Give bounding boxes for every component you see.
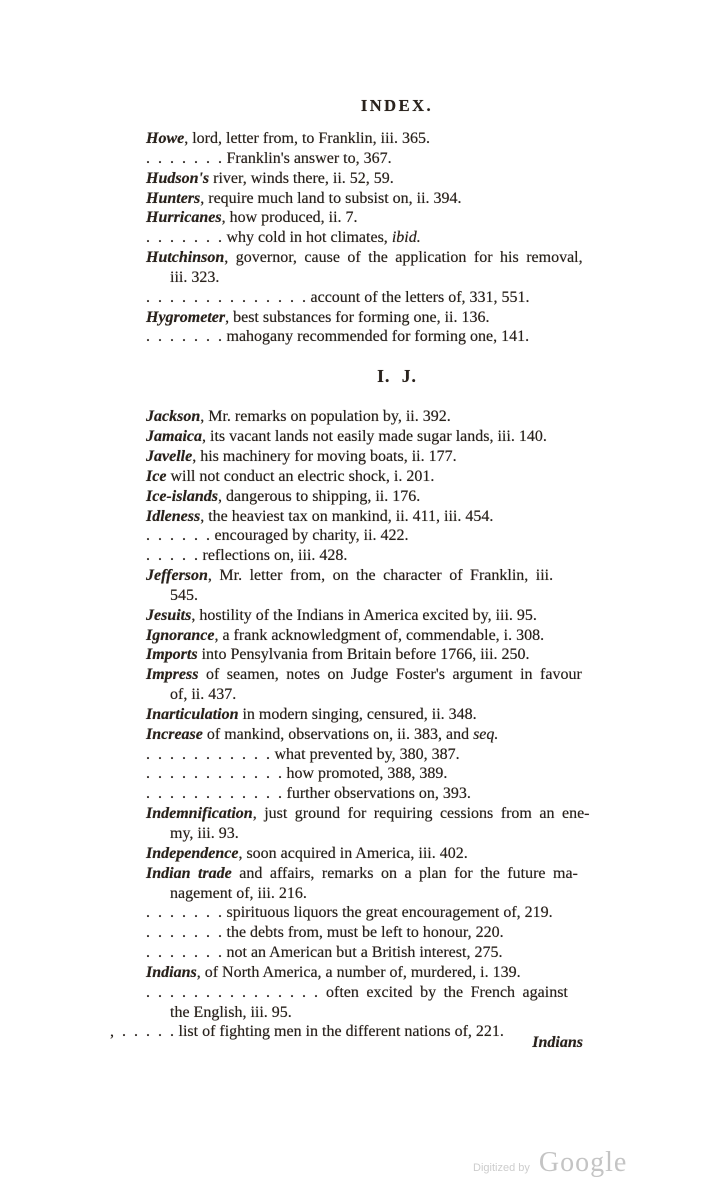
index-text: not an American but a British interest, … (223, 944, 503, 961)
index-headword: Jesuits (146, 607, 191, 624)
index-text: , his machinery for moving boats, ii. 17… (192, 448, 456, 465)
index-line: . . . . . . . mahogany recommended for f… (146, 327, 648, 347)
index-headword: Hurricanes (146, 209, 222, 226)
index-headword: Indian trade (146, 865, 232, 882)
index-line: nagement of, iii. 216. (146, 884, 648, 904)
index-text: nagement of, iii. 216. (170, 885, 307, 902)
index-headword: Impress (146, 666, 198, 683)
index-line: Indians, of North America, a number of, … (146, 963, 648, 983)
index-text: of mankind, observations on, ii. 383, an… (203, 726, 473, 743)
index-text: why cold in hot climates, (223, 229, 392, 246)
index-line: Ignorance, a frank acknowledgment of, co… (146, 626, 648, 646)
index-line: . . . . . . . why cold in hot climates, … (146, 228, 648, 248)
index-line: Jefferson, Mr. letter from, on the chara… (146, 566, 648, 586)
index-text: list of fighting men in the different na… (175, 1023, 504, 1040)
index-sections: Howe, lord, letter from, to Franklin, ii… (146, 129, 648, 1042)
index-line: Independence, soon acquired in America, … (146, 844, 648, 864)
google-logo: Google (539, 1148, 627, 1178)
index-line: . . . . . . . Franklin's answer to, 367. (146, 149, 648, 169)
index-headword: Howe (146, 130, 184, 147)
index-line: of, ii. 437. (146, 685, 648, 705)
index-line: Jesuits, hostility of the Indians in Ame… (146, 606, 648, 626)
index-text: my, iii. 93. (170, 825, 239, 842)
index-text: of seamen, notes on Judge Foster's argum… (198, 666, 581, 683)
index-text: , of North America, a number of, murdere… (197, 964, 521, 981)
index-text: , how produced, ii. 7. (222, 209, 358, 226)
catchword: Indians (532, 1034, 583, 1052)
index-line: . . . . . . . . . . . . . . account of t… (146, 288, 648, 308)
leader-dots: . . . . . . . (146, 150, 223, 167)
index-latin-ref: ibid. (392, 229, 421, 246)
watermark-prefix-label: Digitized by (473, 1162, 530, 1174)
index-text: mahogany recommended for forming one, 14… (223, 328, 530, 345)
index-text: further observations on, 393. (283, 785, 471, 802)
index-line: Ice-islands, dangerous to shipping, ii. … (146, 487, 648, 507)
index-line: Howe, lord, letter from, to Franklin, ii… (146, 129, 648, 149)
index-line: Hygrometer, best substances for forming … (146, 308, 648, 328)
index-line: Increase of mankind, observations on, ii… (146, 725, 648, 745)
index-headword: Hygrometer (146, 309, 225, 326)
index-headword: Inarticulation (146, 706, 238, 723)
index-text: , a frank acknowledgment of, commendable… (214, 627, 544, 644)
index-text: , best substances for forming one, ii. 1… (225, 309, 489, 326)
index-headword: Ice (146, 468, 166, 485)
index-text: the debts from, must be left to honour, … (223, 924, 504, 941)
leader-dots: . . . . . . . . . . . . . . . (146, 984, 319, 1001)
index-text: into Pensylvania from Britain before 176… (198, 646, 530, 663)
index-text: , dangerous to shipping, ii. 176. (218, 488, 420, 505)
index-text: , just ground for requiring cessions fro… (253, 805, 590, 822)
index-line: Hutchinson, governor, cause of the appli… (146, 248, 648, 268)
leader-dots: . . . . . . . (146, 944, 223, 961)
index-text: Franklin's answer to, 367. (223, 150, 392, 167)
leader-dots: . . . . . . . . . . . . (146, 785, 283, 802)
index-text: iii. 323. (170, 269, 219, 286)
index-latin-ref: seq. (473, 726, 498, 743)
index-text: in modern singing, censured, ii. 348. (238, 706, 476, 723)
index-line: . . . . . . . . . . . . how promoted, 38… (146, 764, 648, 784)
index-headword: Hutchinson (146, 249, 224, 266)
index-headword: Jefferson (146, 567, 208, 584)
index-headword: Increase (146, 726, 203, 743)
index-text: the English, iii. 95. (170, 1004, 292, 1021)
index-line: . . . . . . . . . . . . . . . often exci… (146, 983, 648, 1003)
leader-dots: . . . . . . . (146, 904, 223, 921)
index-text: how promoted, 388, 389. (283, 765, 448, 782)
index-headword: Hunters (146, 190, 200, 207)
index-headword: Ignorance (146, 627, 214, 644)
index-text-block: INDEX. Howe, lord, letter from, to Frank… (146, 96, 648, 1042)
index-line: Impress of seamen, notes on Judge Foster… (146, 665, 648, 685)
index-headword: Hudson's (146, 170, 209, 187)
index-headword: Jamaica (146, 428, 202, 445)
index-line: Hunters, require much land to subsist on… (146, 189, 648, 209)
index-text: encouraged by charity, ii. 422. (211, 527, 409, 544)
leader-dots: . . . . . . . . . . . . . . (146, 289, 307, 306)
index-line: Indian trade and affairs, remarks on a p… (146, 864, 648, 884)
index-text: , governor, cause of the application for… (224, 249, 582, 266)
index-text: , Mr. letter from, on the character of F… (208, 567, 553, 584)
leader-dots: . . . . . . . (146, 328, 223, 345)
leader-dots: , . . . . . (110, 1023, 175, 1040)
index-line: . . . . . . . not an American but a Brit… (146, 943, 648, 963)
index-text: , soon acquired in America, iii. 402. (238, 845, 467, 862)
index-text: of, ii. 437. (170, 686, 236, 703)
index-line: . . . . . . . . . . . . further observat… (146, 784, 648, 804)
index-line: Indemnification, just ground for requiri… (146, 804, 648, 824)
index-line: . . . . . reflections on, iii. 428. (146, 546, 648, 566)
leader-dots: . . . . . (146, 547, 199, 564)
index-headword: Javelle (146, 448, 192, 465)
index-line: Idleness, the heaviest tax on mankind, i… (146, 507, 648, 527)
index-headword: Ice-islands (146, 488, 218, 505)
index-text: what prevented by, 380, 387. (271, 746, 460, 763)
index-text: spirituous liquors the great encourageme… (223, 904, 553, 921)
index-text: and affairs, remarks on a plan for the f… (232, 865, 578, 882)
index-text: , the heaviest tax on mankind, ii. 411, … (200, 508, 493, 525)
index-text: account of the letters of, 331, 551. (307, 289, 530, 306)
scanned-book-page: INDEX. Howe, lord, letter from, to Frank… (0, 0, 722, 1204)
index-text: 545. (170, 587, 198, 604)
index-line: Jackson, Mr. remarks on population by, i… (146, 407, 648, 427)
index-line: my, iii. 93. (146, 824, 648, 844)
leader-dots: . . . . . . (146, 527, 211, 544)
index-line: Jamaica, its vacant lands not easily mad… (146, 427, 648, 447)
digitized-by-google-watermark: Digitized by Google (473, 1148, 627, 1178)
index-headword: Imports (146, 646, 198, 663)
index-line: . . . . . . . the debts from, must be le… (146, 923, 648, 943)
index-headword: Jackson (146, 408, 200, 425)
index-text: , hostility of the Indians in America ex… (191, 607, 537, 624)
index-headword: Indemnification (146, 805, 253, 822)
index-headword: Indians (146, 964, 197, 981)
index-line: Inarticulation in modern singing, censur… (146, 705, 648, 725)
leader-dots: . . . . . . . (146, 924, 223, 941)
index-line: 545. (146, 586, 648, 606)
index-line: . . . . . . . spirituous liquors the gre… (146, 903, 648, 923)
index-line: . . . . . . encouraged by charity, ii. 4… (146, 526, 648, 546)
index-text: , lord, letter from, to Franklin, iii. 3… (184, 130, 430, 147)
index-line: the English, iii. 95. (146, 1003, 648, 1023)
leader-dots: . . . . . . . (146, 229, 223, 246)
index-text: reflections on, iii. 428. (199, 547, 348, 564)
index-line: Ice will not conduct an electric shock, … (146, 467, 648, 487)
index-headword: Independence (146, 845, 238, 862)
leader-dots: . . . . . . . . . . . . (146, 765, 283, 782)
index-line: Hudson's river, winds there, ii. 52, 59. (146, 169, 648, 189)
index-line: Imports into Pensylvania from Britain be… (146, 645, 648, 665)
index-text: , Mr. remarks on population by, ii. 392. (200, 408, 451, 425)
index-text: , its vacant lands not easily made sugar… (202, 428, 547, 445)
page-title: INDEX. (146, 96, 648, 116)
index-line: Hurricanes, how produced, ii. 7. (146, 208, 648, 228)
index-text: river, winds there, ii. 52, 59. (209, 170, 394, 187)
index-text: will not conduct an electric shock, i. 2… (166, 468, 434, 485)
index-line: iii. 323. (146, 268, 648, 288)
index-text: , require much land to subsist on, ii. 3… (200, 190, 461, 207)
section-heading: I. J. (146, 366, 648, 386)
index-line: Javelle, his machinery for moving boats,… (146, 447, 648, 467)
index-line: . . . . . . . . . . . what prevented by,… (146, 745, 648, 765)
leader-dots: . . . . . . . . . . . (146, 746, 271, 763)
index-text: often excited by the French against (319, 984, 568, 1001)
index-headword: Idleness (146, 508, 200, 525)
